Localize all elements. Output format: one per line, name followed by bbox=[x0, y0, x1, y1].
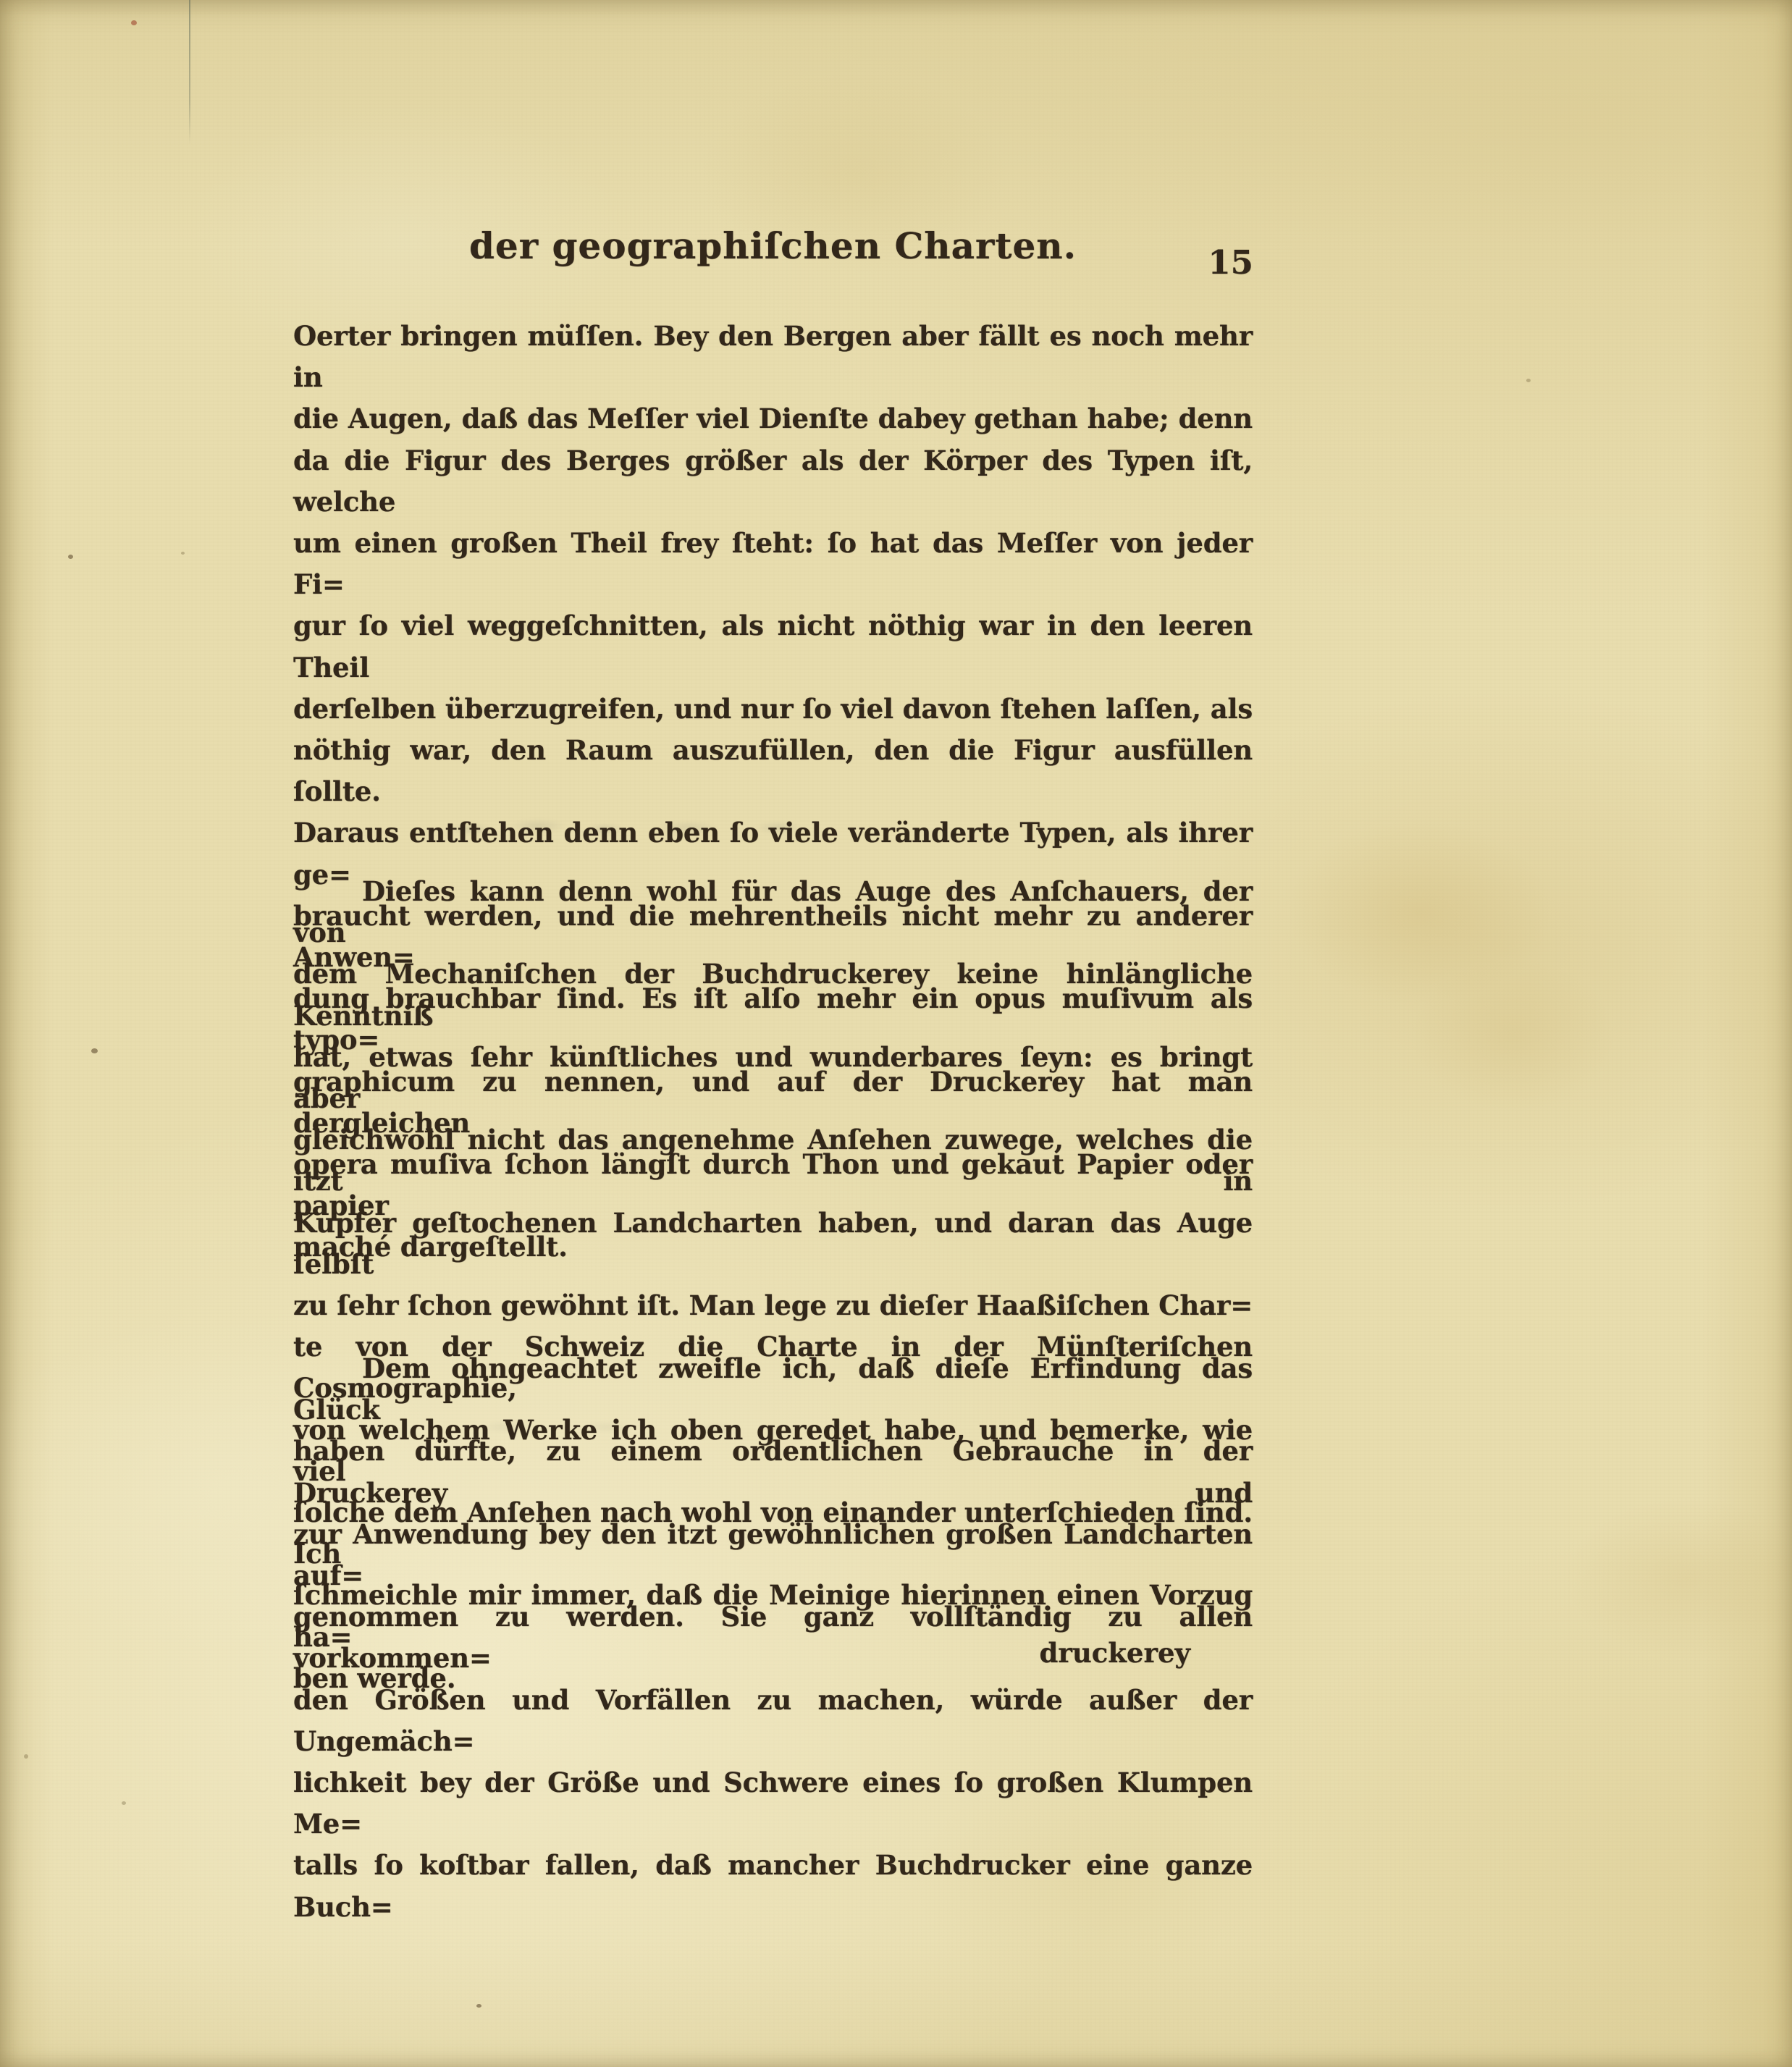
scanned-book-page: der geographiſchen Charten. 15 Oerter br… bbox=[0, 0, 1792, 2067]
text-line: gur ſo viel weggeſchnitten, als nicht nö… bbox=[293, 605, 1253, 688]
text-line: die Augen, daß das Meſſer viel Dienſte d… bbox=[293, 398, 1253, 439]
catchword: druckerey bbox=[293, 1633, 1253, 1674]
text-line: hat, etwas ſehr künſtliches und wunderba… bbox=[293, 1037, 1253, 1119]
text-line: derſelben überzugreifen, und nur ſo viel… bbox=[293, 689, 1253, 730]
text-line: Oerter bringen müſſen. Bey den Bergen ab… bbox=[293, 316, 1253, 398]
body-text: Oerter bringen müſſen. Bey den Bergen ab… bbox=[0, 0, 1792, 2067]
text-line: Kupfer geſtochenen Landcharten haben, un… bbox=[293, 1203, 1253, 1285]
text-line: zur Anwendung bey den itzt gewöhnlichen … bbox=[293, 1514, 1253, 1596]
text-line: talls ſo koſtbar fallen, daß mancher Buc… bbox=[293, 1845, 1253, 1927]
text-line: um einen großen Theil frey ſteht: ſo hat… bbox=[293, 523, 1253, 605]
text-line: gleichwohl nicht das angenehme Anſehen z… bbox=[293, 1119, 1253, 1202]
text-line: Dieſes kann denn wohl für das Auge des A… bbox=[293, 871, 1253, 953]
text-line: lichkeit bey der Größe und Schwere eines… bbox=[293, 1762, 1253, 1845]
text-line: zu ſehr ſchon gewöhnt iſt. Man lege zu d… bbox=[293, 1285, 1253, 1326]
text-line: nöthig war, den Raum auszufüllen, den di… bbox=[293, 730, 1253, 812]
text-line: Dem ohngeachtet zweifle ich, daß dieſe E… bbox=[293, 1348, 1253, 1431]
text-line: dem Mechaniſchen der Buchdruckerey keine… bbox=[293, 953, 1253, 1036]
text-line: da die Figur des Berges größer als der K… bbox=[293, 440, 1253, 523]
text-line: den Größen und Vorfällen zu machen, würd… bbox=[293, 1680, 1253, 1762]
text-line: haben dürfte, zu einem ordentlichen Gebr… bbox=[293, 1431, 1253, 1513]
